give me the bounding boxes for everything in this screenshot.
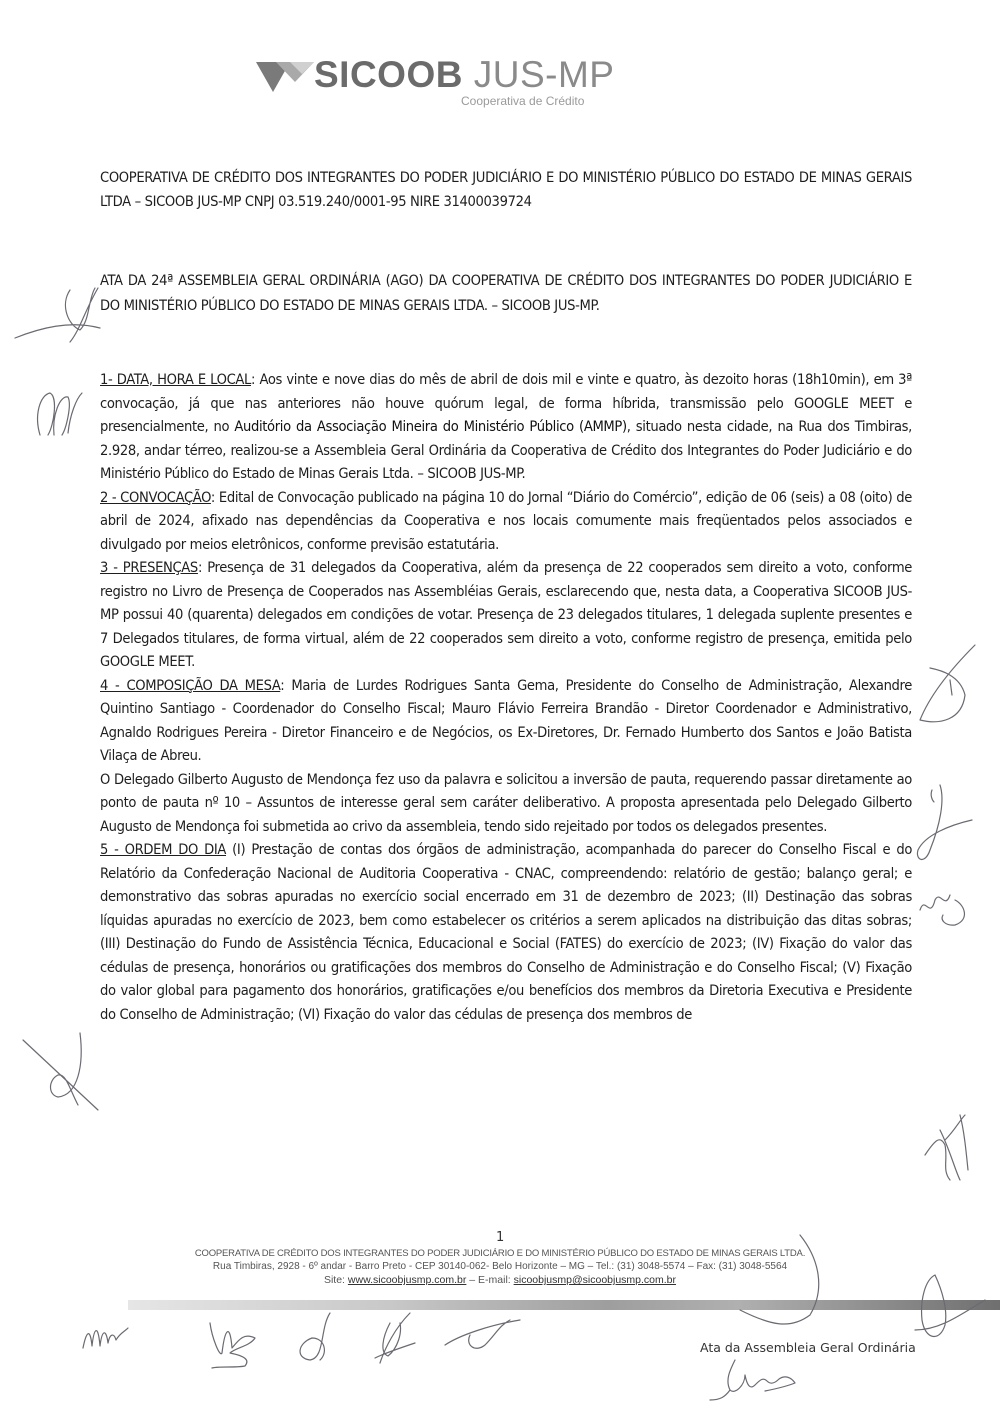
signature-11: [290, 1308, 420, 1372]
section-3-heading: 3 - PRESENÇAS: [100, 559, 198, 576]
sicoob-triangle-logo-icon: [256, 60, 316, 94]
page-number: 1: [496, 1230, 504, 1245]
section-1-venue: Auditório da Associação Mineira do Minis…: [234, 418, 626, 435]
section-2-heading: 2 - CONVOCAÇÃO: [100, 489, 211, 506]
footer-address: Rua Timbiras, 2928 - 6º andar - Barro Pr…: [180, 1260, 820, 1273]
section-1: 1- DATA, HORA E LOCAL: Aos vinte e nove …: [100, 368, 912, 486]
signature-initial-3: [900, 640, 980, 744]
sicoob-logo: SICOOB JUS-MP Cooperativa de Crédito: [256, 58, 626, 114]
section-4: 4 - COMPOSIÇÃO DA MESA: Maria de Lurdes …: [100, 674, 912, 768]
footer-email-label: – E-mail:: [466, 1274, 513, 1286]
signature-initial-7: [920, 1110, 980, 1194]
footer-email-link[interactable]: sicoobjusmp@sicoobjusmp.com.br: [514, 1274, 676, 1286]
section-5-heading: 5 - ORDEM DO DIA: [100, 841, 226, 858]
brand-bold: SICOOB: [314, 54, 463, 95]
entity-header-text: COOPERATIVA DE CRÉDITO DOS INTEGRANTES D…: [100, 166, 912, 214]
section-1-heading: 1- DATA, HORA E LOCAL: [100, 371, 251, 388]
footer-site-link[interactable]: www.sicoobjusmp.com.br: [348, 1274, 466, 1286]
document-title: ATA DA 24ª ASSEMBLEIA GERAL ORDINÁRIA (A…: [100, 268, 912, 318]
signature-president: [705, 1355, 815, 1409]
signature-loop-8: [770, 1230, 1000, 1354]
signature-initial-1: [10, 280, 110, 354]
entity-header: COOPERATIVA DE CRÉDITO DOS INTEGRANTES D…: [100, 166, 912, 214]
footer-contacts: Site: www.sicoobjusmp.com.br – E-mail: s…: [180, 1273, 820, 1287]
signature-initial-2: [30, 385, 90, 449]
section-3-text: : Presença de 31 delegados da Cooperativ…: [100, 559, 912, 670]
signature-9: [78, 1318, 138, 1362]
brand-tagline: Cooperativa de Crédito: [461, 94, 584, 108]
footer-site-label: Site:: [324, 1274, 348, 1286]
section-3: 3 - PRESENÇAS: Presença de 31 delegados …: [100, 556, 912, 674]
section-2: 2 - CONVOCAÇÃO: Edital de Convocação pub…: [100, 486, 912, 557]
signature-12: [440, 1315, 550, 1359]
section-2-text: : Edital de Convocação publicado na pági…: [100, 489, 912, 553]
section-4-heading: 4 - COMPOSIÇÃO DA MESA: [100, 677, 280, 694]
brand-name: SICOOB JUS-MP: [314, 54, 614, 96]
section-5-text: (I) Prestação de contas dos órgãos de ad…: [100, 841, 912, 1023]
section-5: 5 - ORDEM DO DIA (I) Prestação de contas…: [100, 838, 912, 1026]
footer-entity: COOPERATIVA DE CRÉDITO DOS INTEGRANTES D…: [180, 1247, 820, 1260]
signature-10: [200, 1318, 270, 1372]
signature-initial-5: [915, 880, 975, 934]
signature-initial-6: [18, 1025, 98, 1129]
document-title-text: ATA DA 24ª ASSEMBLEIA GERAL ORDINÁRIA (A…: [100, 268, 912, 318]
document-body: 1- DATA, HORA E LOCAL: Aos vinte e nove …: [100, 368, 912, 1026]
section-4-note: O Delegado Gilberto Augusto de Mendonça …: [100, 768, 912, 839]
signature-initial-4: [910, 780, 980, 874]
letterhead-footer: COOPERATIVA DE CRÉDITO DOS INTEGRANTES D…: [180, 1247, 820, 1287]
brand-light: JUS-MP: [474, 54, 615, 95]
